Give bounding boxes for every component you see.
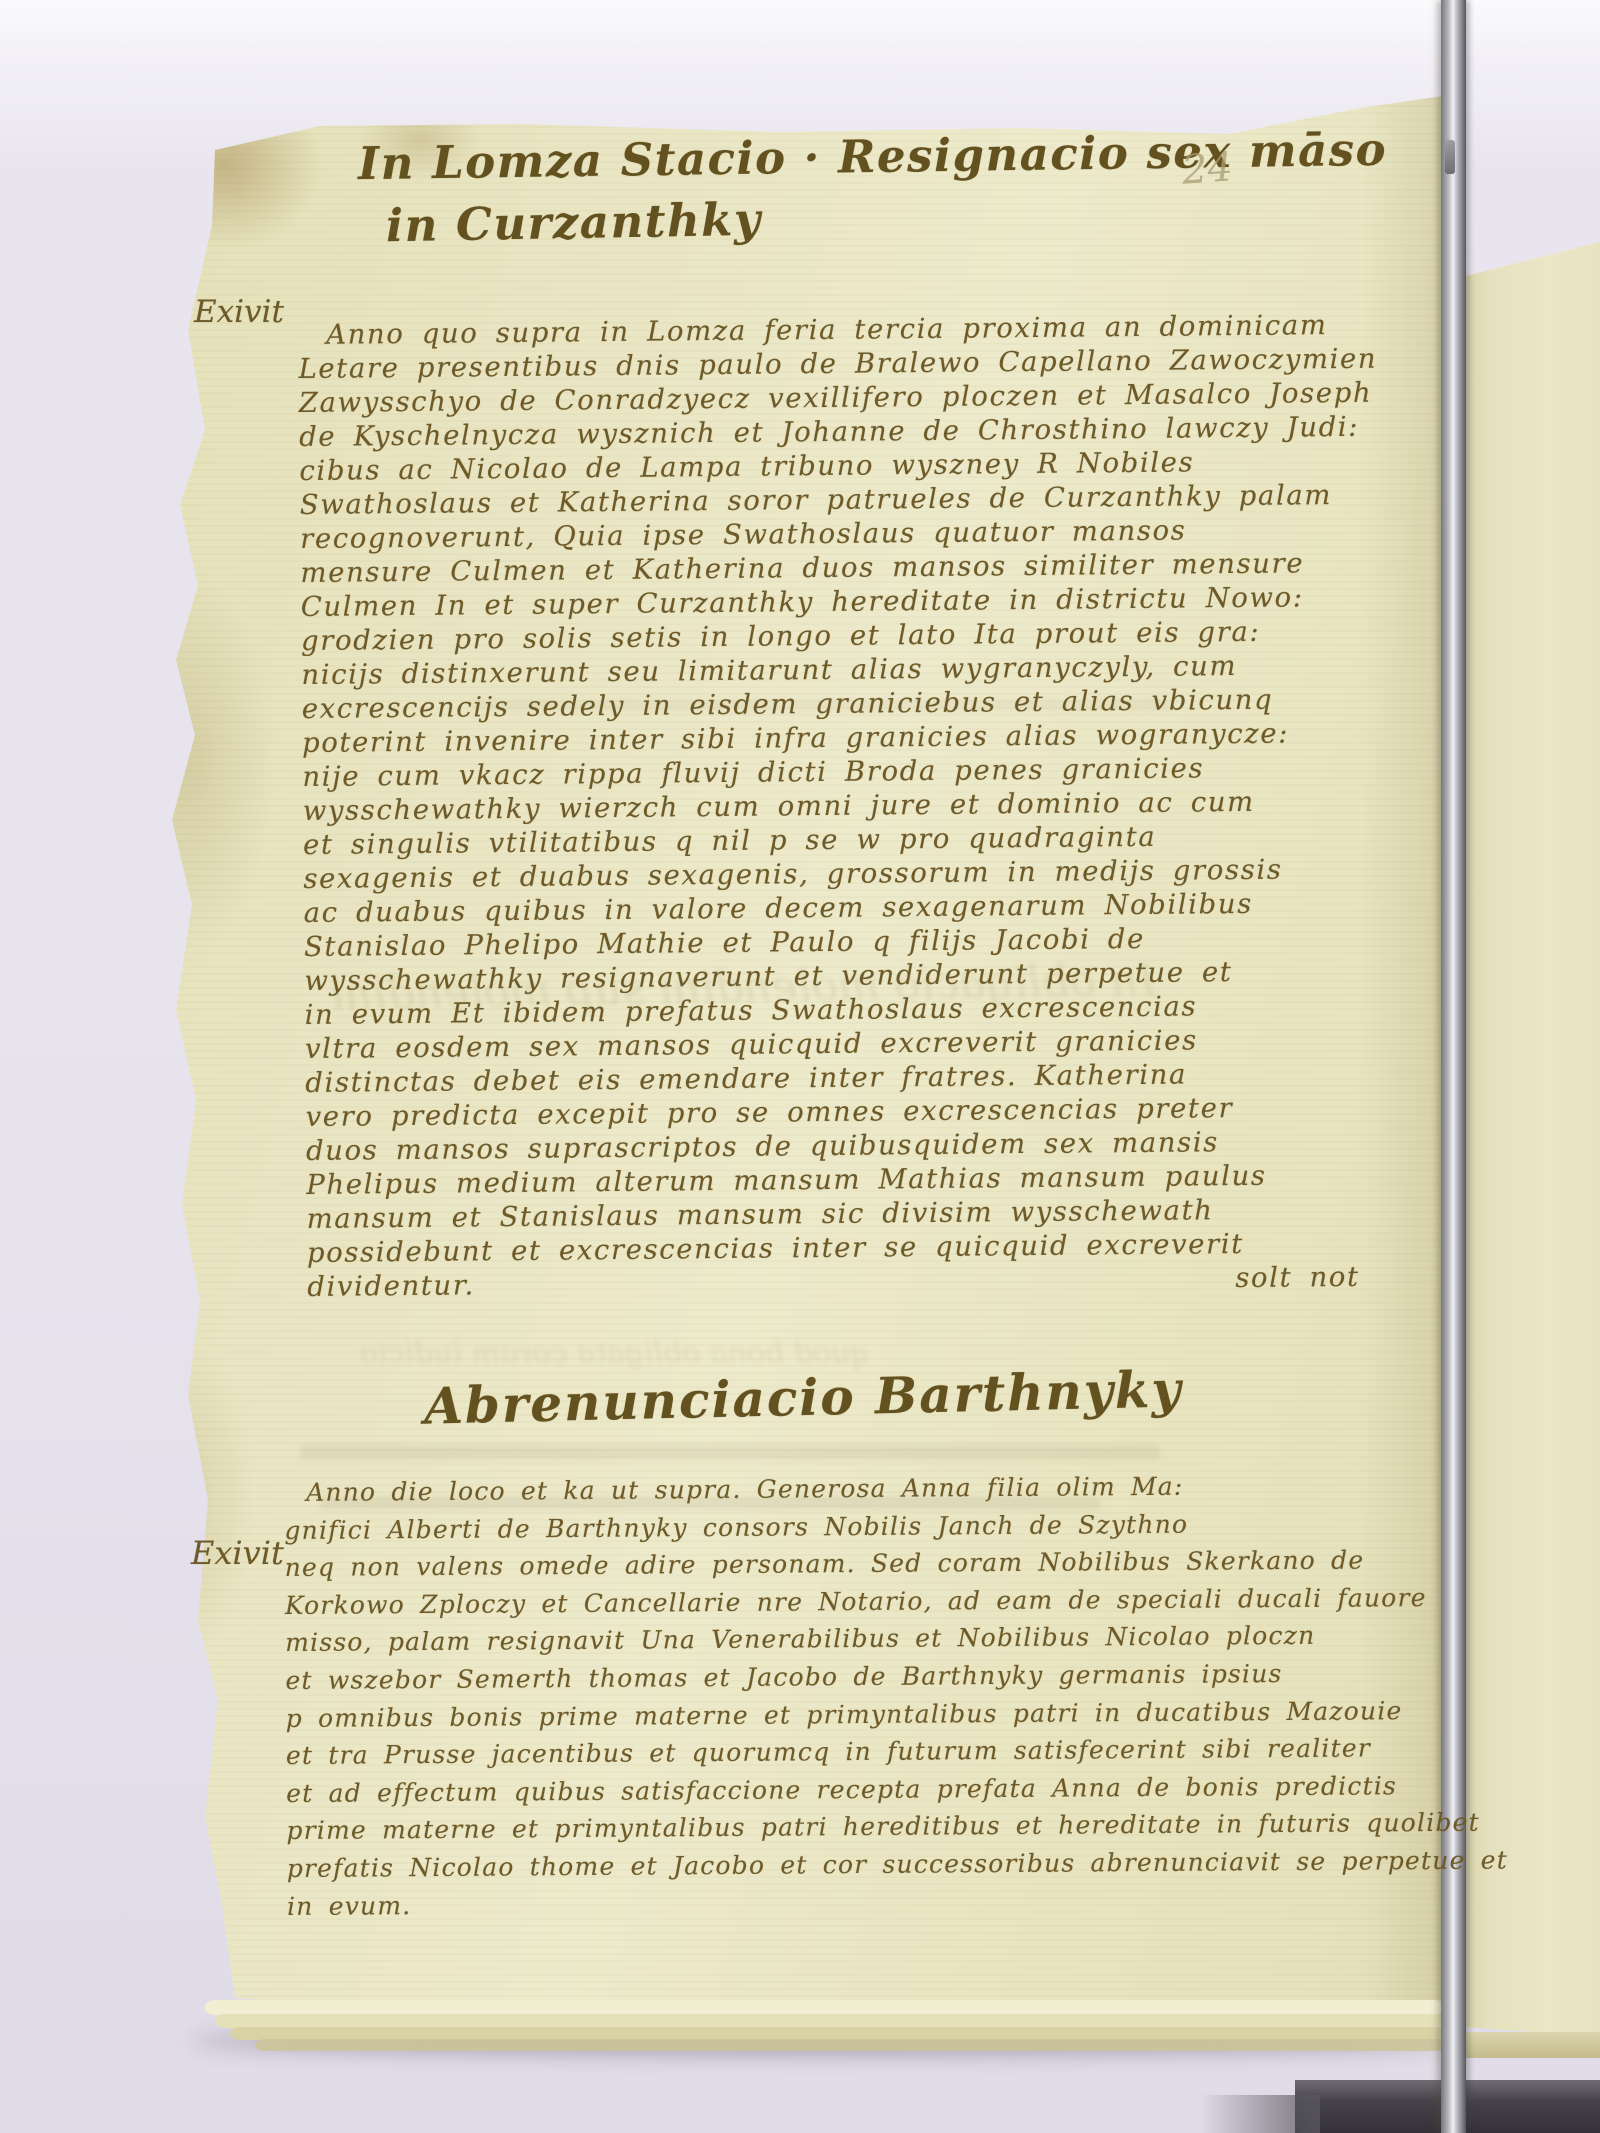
record1-text: Anno quo supra in Lomza feria tercia pro…: [298, 307, 1457, 1304]
book-weight-rod-clip: [1445, 140, 1455, 174]
margin-note-exivit: Exivit: [194, 294, 284, 330]
margin-note-exivit: Exivit: [191, 1534, 284, 1572]
closing-word: dividentur.: [307, 1269, 475, 1303]
backdrop-paper: [0, 0, 1600, 110]
show-through-smudge: [300, 1445, 1160, 1459]
page-edge-stack: [255, 2039, 1445, 2051]
page-edge-stack: [215, 2014, 1445, 2028]
facing-page: [1466, 242, 1600, 2037]
table-shadow-fade: [1200, 2095, 1320, 2133]
record2-text: Anno die loco et ka ut supra. Generosa A…: [284, 1466, 1477, 1925]
page-edge-stack: [205, 2000, 1445, 2015]
scribe-note-solt-not: solt not: [1235, 1260, 1360, 1295]
manuscript-photo: In obligacio molendini sup molendini quo…: [0, 0, 1600, 2133]
facing-page-edge: [1466, 2032, 1600, 2058]
folio-number: 24: [1180, 144, 1234, 193]
record1-heading-line2: in Curzanthky: [386, 193, 762, 253]
